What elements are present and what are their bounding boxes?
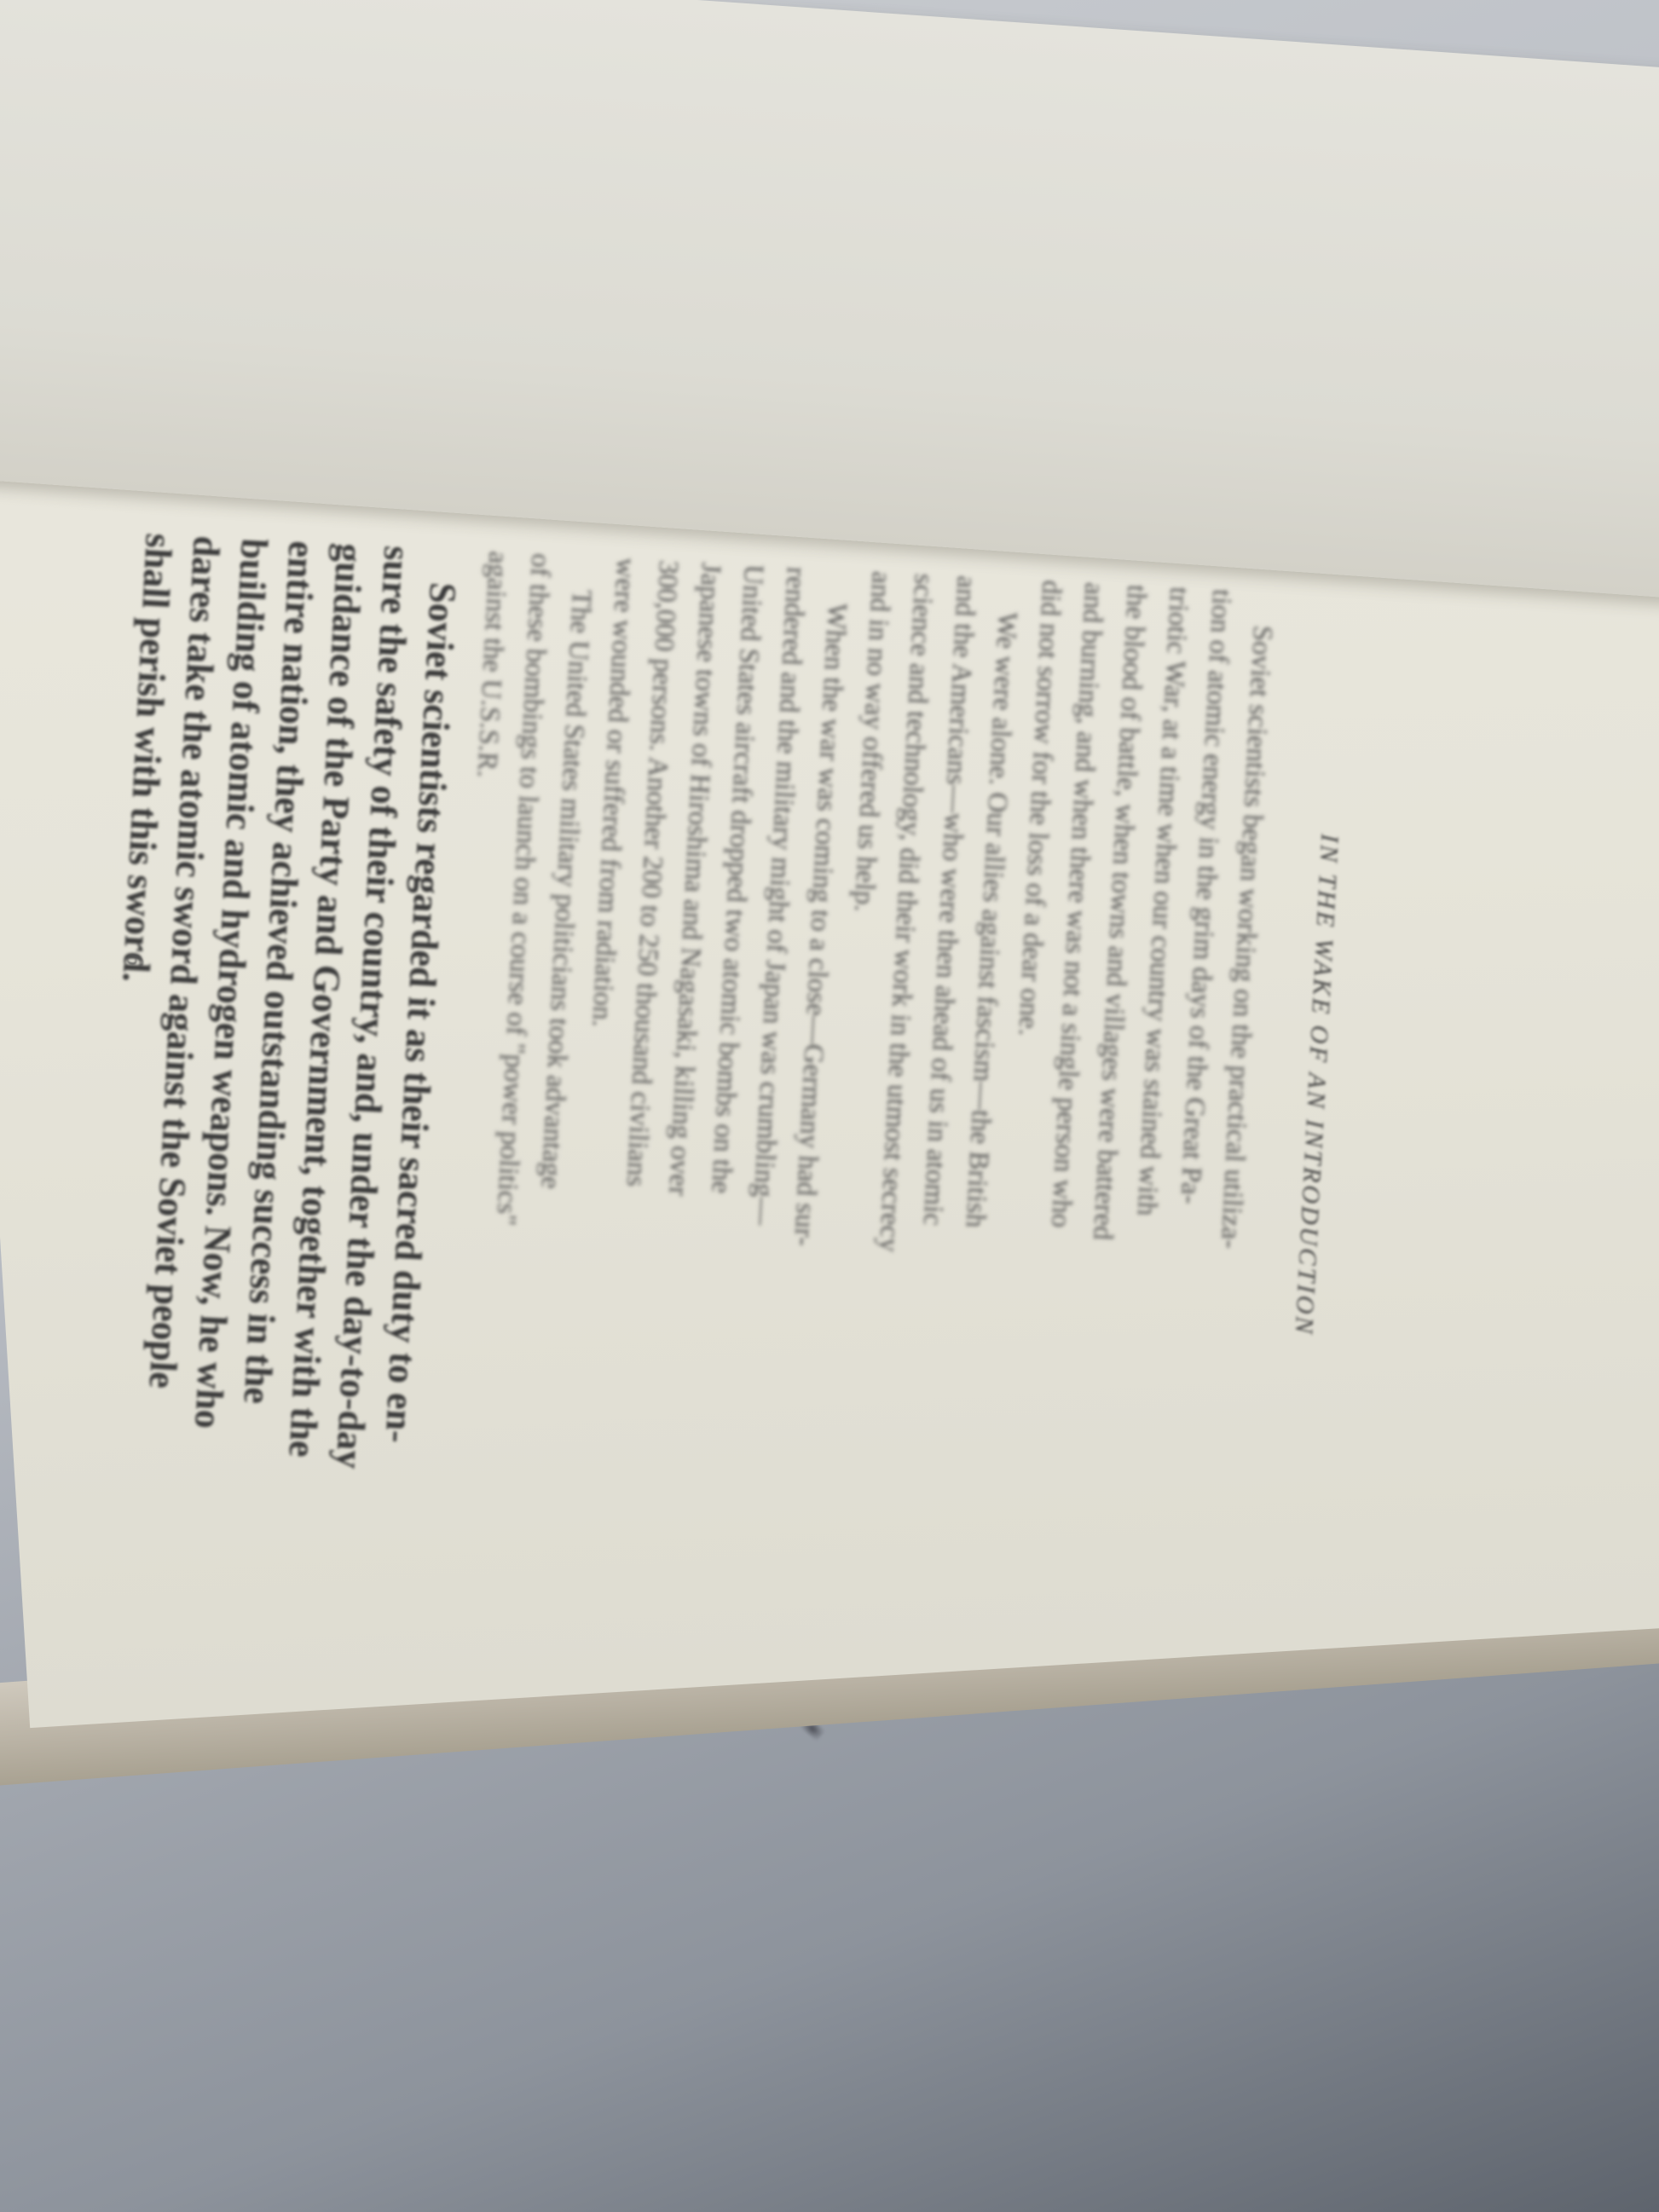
lower-text-section: Soviet scientists regarded it as their s… [84,532,469,1528]
photo-scene: IN THE WAKE OF AN INTRODUCTION Soviet sc… [0,0,1659,2212]
paragraph: When the war was coming to a close—Germa… [553,557,860,1549]
page-number: 6 [120,953,148,967]
page-text: IN THE WAKE OF AN INTRODUCTION Soviet sc… [84,532,1364,1575]
upper-text-section: Soviet scientists began working on the p… [425,550,1286,1571]
paragraph: Soviet scientists began working on the p… [979,579,1286,1571]
paragraph: Soviet scientists regarded it as their s… [84,532,469,1528]
